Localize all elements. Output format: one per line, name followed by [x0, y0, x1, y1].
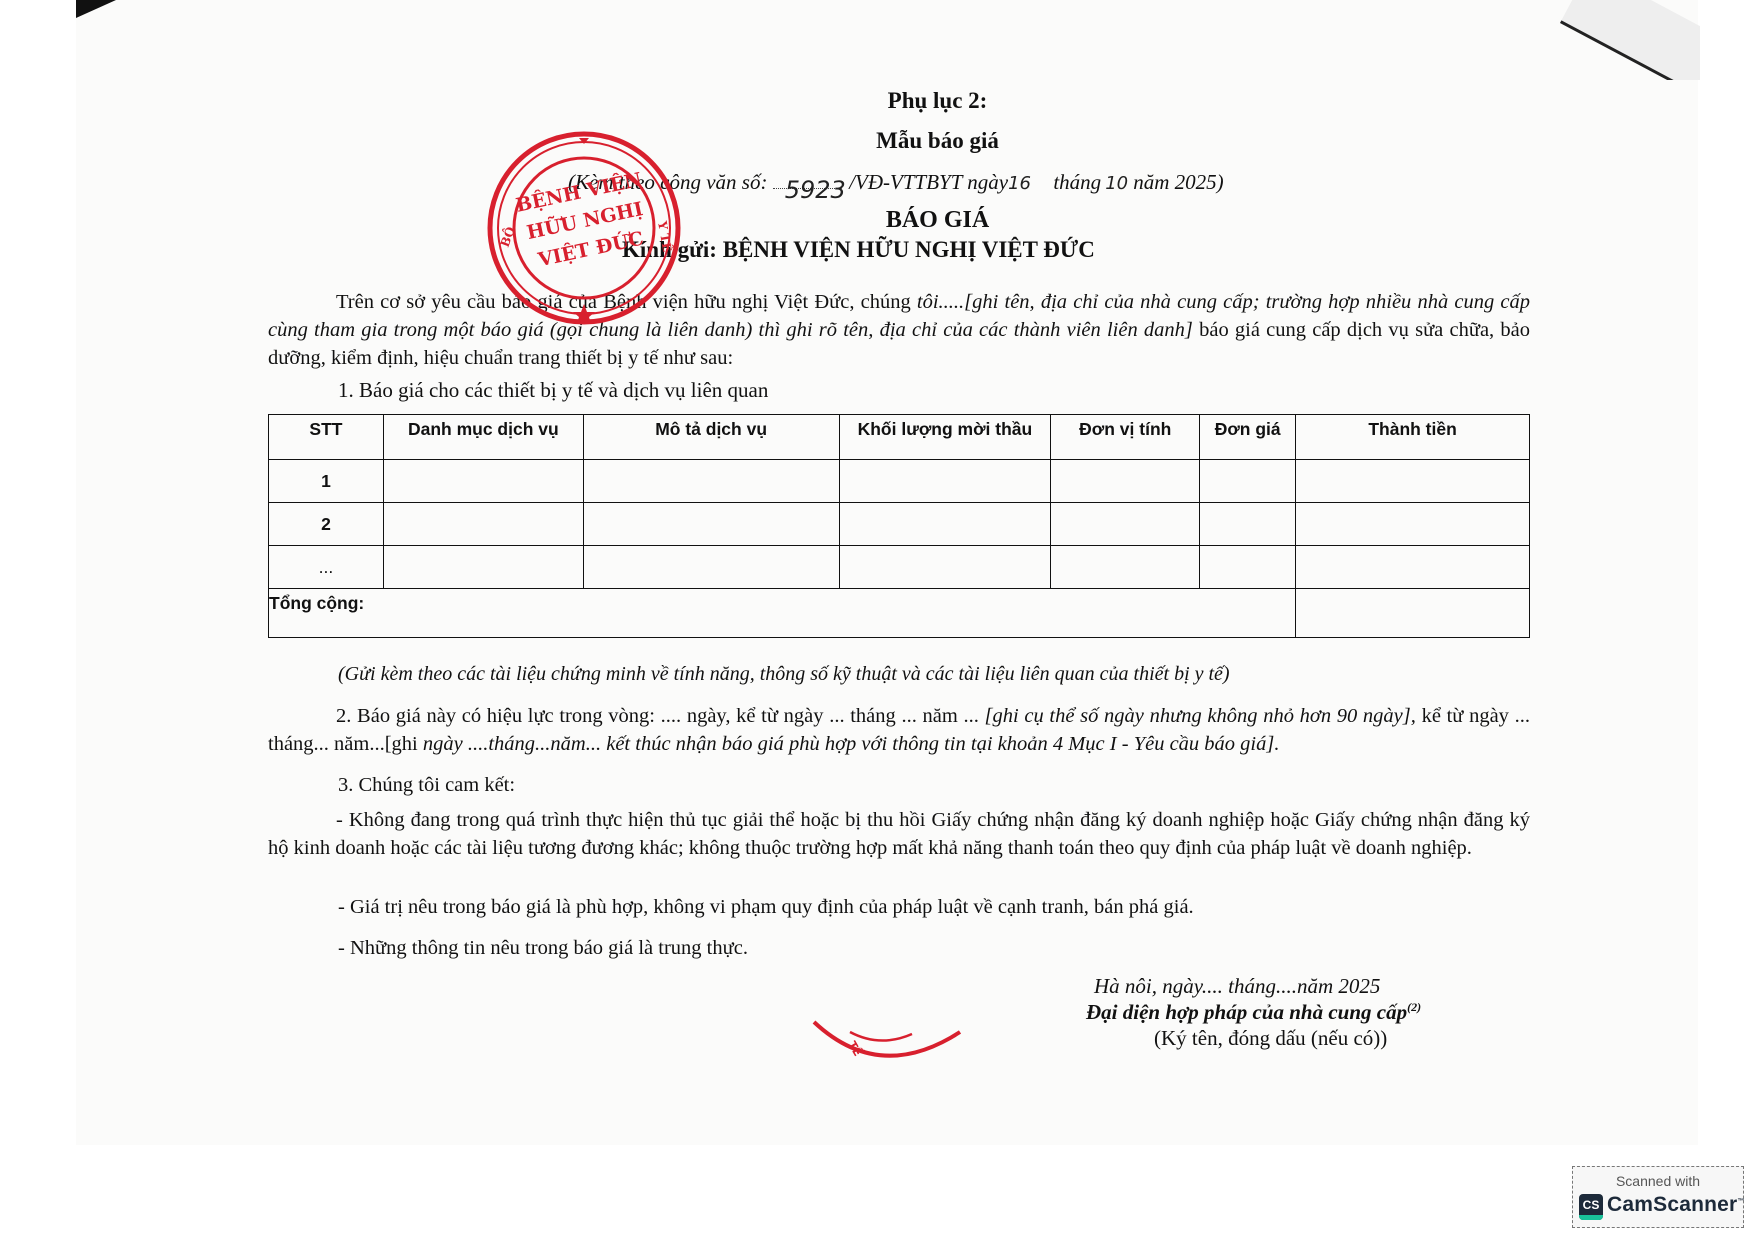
- total-label: Tổng cộng:: [269, 589, 1296, 638]
- commitment-item: - Giá trị nêu trong báo giá là phù hợp, …: [338, 896, 1194, 919]
- column-header: STT: [269, 415, 384, 460]
- scanned-with-caption: Scanned with: [1573, 1173, 1743, 1189]
- column-header: Mô tả dịch vụ: [583, 415, 839, 460]
- paper-folded-corner: [1560, 0, 1700, 80]
- attach-mid: . /VĐ-VTTBYT ngày: [839, 170, 1008, 194]
- column-header: Đơn giá: [1200, 415, 1296, 460]
- section1-heading: 1. Báo giá cho các thiết bị y tế và dịch…: [338, 378, 768, 403]
- representative-label: Đại diện hợp pháp của nhà cung cấp(2): [1086, 1000, 1421, 1025]
- validity-text: 2. Báo giá này có hiệu lực trong vòng: .…: [336, 705, 985, 727]
- table-cell[interactable]: [839, 460, 1051, 503]
- attachment-note: (Gửi kèm theo các tài liệu chứng minh về…: [338, 663, 1230, 686]
- table-cell[interactable]: [1051, 503, 1200, 546]
- table-cell[interactable]: [1296, 460, 1530, 503]
- table-cell[interactable]: [1296, 546, 1530, 589]
- validity-italic-2: ngày ....tháng...năm... kết thúc nhận bá…: [423, 733, 1280, 755]
- quotation-table: STT Danh mục dịch vụ Mô tả dịch vụ Khối …: [268, 414, 1530, 638]
- paper-corner-shadow: [76, 0, 116, 18]
- total-row: Tổng cộng:: [269, 589, 1530, 638]
- column-header: Khối lượng mời thầu: [839, 415, 1051, 460]
- handwritten-month: 10: [1101, 173, 1133, 194]
- table-cell[interactable]: [383, 546, 583, 589]
- representative-text: Đại diện hợp pháp của nhà cung cấp: [1086, 1000, 1407, 1024]
- stt-cell: ...: [269, 546, 384, 589]
- table-cell[interactable]: [583, 546, 839, 589]
- brand-text: CamScanner: [1607, 1193, 1737, 1216]
- stt-cell: 1: [269, 460, 384, 503]
- year-suffix: năm 2025): [1133, 170, 1223, 194]
- validity-paragraph: 2. Báo giá này có hiệu lực trong vòng: .…: [268, 702, 1530, 758]
- table-row: 1: [269, 460, 1530, 503]
- table-cell[interactable]: [1051, 460, 1200, 503]
- commitment-item: - Những thông tin nêu trong báo giá là t…: [338, 937, 748, 960]
- column-header: Đơn vị tính: [1051, 415, 1200, 460]
- svg-text:Y TẾ: Y TẾ: [655, 219, 677, 253]
- footnote-mark: (2): [1407, 1000, 1421, 1014]
- intro-paragraph: Trên cơ sở yêu cầu báo giá của Bệnh viện…: [268, 288, 1530, 372]
- table-cell[interactable]: [839, 503, 1051, 546]
- appendix-label: Phụ lục 2:: [0, 88, 1755, 114]
- table-cell[interactable]: [1200, 460, 1296, 503]
- table-cell[interactable]: [583, 460, 839, 503]
- recipient-line: Kính gửi: BỆNH VIỆN HỮU NGHỊ VIỆT ĐỨC: [622, 237, 1095, 263]
- hospital-stamp: BỘ Y TẾ BỆNH VIỆN HỮU NGHỊ VIỆT ĐỨC: [486, 130, 682, 326]
- table-row: ...: [269, 546, 1530, 589]
- form-title: Mẫu báo giá: [0, 128, 1755, 154]
- camscanner-watermark: Scanned with CS CamScanner™: [1572, 1166, 1744, 1228]
- svg-text:TẾ: TẾ: [845, 1038, 866, 1059]
- table-cell[interactable]: [383, 460, 583, 503]
- partial-stamp-arc: TẾ: [810, 1012, 970, 1072]
- table-cell[interactable]: [1296, 503, 1530, 546]
- column-header: Thành tiền: [1296, 415, 1530, 460]
- handwritten-day: 16: [1008, 173, 1048, 194]
- validity-italic: [ghi cụ thể số ngày nhưng không nhỏ hơn …: [985, 705, 1416, 727]
- camscanner-brand: CamScanner™: [1607, 1193, 1745, 1217]
- camscanner-logo-icon: CS: [1579, 1194, 1603, 1220]
- commitment-item: - Không đang trong quá trình thực hiện t…: [268, 806, 1530, 862]
- table-cell[interactable]: [583, 503, 839, 546]
- section3-heading: 3. Chúng tôi cam kết:: [338, 774, 515, 797]
- table-row: 2: [269, 503, 1530, 546]
- table-cell[interactable]: [1051, 546, 1200, 589]
- stt-cell: 2: [269, 503, 384, 546]
- handwritten-doc-number: 5923: [785, 176, 846, 204]
- signature-instruction: (Ký tên, đóng dấu (nếu có)): [1154, 1026, 1387, 1051]
- table-cell[interactable]: [383, 503, 583, 546]
- total-value-cell[interactable]: [1296, 589, 1530, 638]
- document-title: BÁO GIÁ: [0, 207, 1755, 234]
- table-cell[interactable]: [1200, 546, 1296, 589]
- place-date: Hà nôi, ngày.... tháng....năm 2025: [1094, 974, 1380, 999]
- month-label: tháng: [1053, 170, 1101, 194]
- column-header: Danh mục dịch vụ: [383, 415, 583, 460]
- table-cell[interactable]: [839, 546, 1051, 589]
- table-header-row: STT Danh mục dịch vụ Mô tả dịch vụ Khối …: [269, 415, 1530, 460]
- trademark-mark: ™: [1737, 1198, 1744, 1205]
- table-cell[interactable]: [1200, 503, 1296, 546]
